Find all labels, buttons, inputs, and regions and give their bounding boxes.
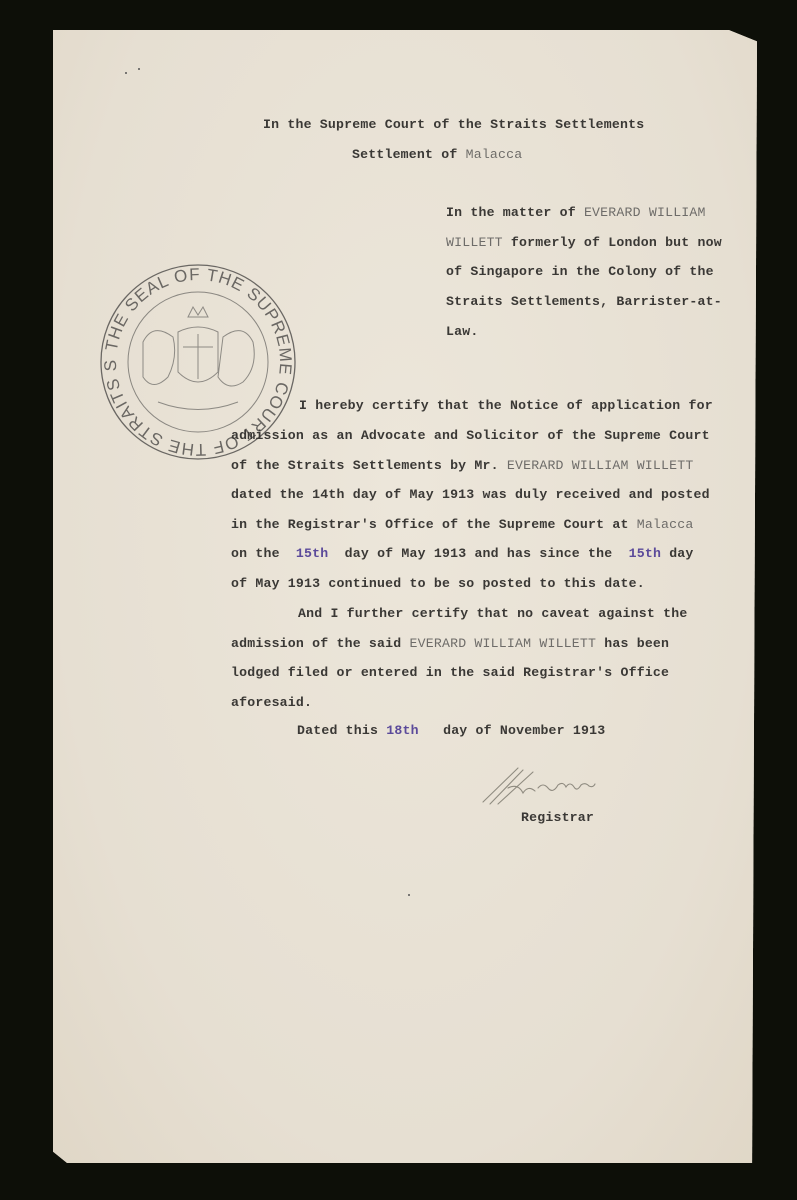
certify-line-1: I hereby certify that the Notice of appl… <box>299 398 713 413</box>
settlement-label: Settlement of <box>352 147 466 162</box>
body-text: has been <box>596 636 669 651</box>
speck <box>408 894 410 896</box>
matter-text: formerly of London but now <box>503 235 722 250</box>
body-text: in the Registrar's Office of the Supreme… <box>231 517 637 532</box>
body-text: admission of the said <box>231 636 410 651</box>
matter-line-1: In the matter of EVERARD WILLIAM <box>446 205 706 220</box>
further-certify-line-4: aforesaid. <box>231 695 312 710</box>
speck <box>125 72 127 74</box>
matter-text: In the matter of <box>446 205 584 220</box>
certify-line-6: on the 15th day of May 1913 and has sinc… <box>231 546 694 561</box>
certify-line-3: of the Straits Settlements by Mr. EVERAR… <box>231 458 694 473</box>
certify-line-5: in the Registrar's Office of the Supreme… <box>231 517 694 532</box>
location: Malacca <box>637 517 694 532</box>
settlement-heading: Settlement of Malacca <box>352 147 522 162</box>
stamped-date: 15th <box>296 546 328 561</box>
applicant-full-name: EVERARD WILLIAM WILLETT <box>507 458 694 473</box>
applicant-full-name: EVERARD WILLIAM WILLETT <box>410 636 597 651</box>
matter-line-2: WILLETT formerly of London but now <box>446 235 722 250</box>
body-text: day <box>661 546 693 561</box>
stamped-date: 15th <box>629 546 661 561</box>
further-certify-line-1: And I further certify that no caveat aga… <box>298 606 687 621</box>
stamped-date: 18th <box>386 723 418 738</box>
body-text: day of November 1913 <box>419 723 606 738</box>
body-text: of the Straits Settlements by Mr. <box>231 458 507 473</box>
certify-line-4: dated the 14th day of May 1913 was duly … <box>231 487 710 502</box>
further-certify-line-3: lodged filed or entered in the said Regi… <box>231 665 669 680</box>
certify-line-7: of May 1913 continued to be so posted to… <box>231 576 645 591</box>
further-certify-line-2: admission of the said EVERARD WILLIAM WI… <box>231 636 669 651</box>
dated-line: Dated this 18th day of November 1913 <box>297 723 605 738</box>
applicant-name: EVERARD WILLIAM <box>584 205 706 220</box>
court-heading: In the Supreme Court of the Straits Sett… <box>263 117 644 132</box>
matter-line-4: Straits Settlements, Barrister-at- <box>446 294 722 309</box>
signature-icon <box>478 760 628 810</box>
body-text: on the <box>231 546 296 561</box>
registrar-title: Registrar <box>521 810 594 825</box>
applicant-surname: WILLETT <box>446 235 503 250</box>
body-text: day of May 1913 and has since the <box>328 546 628 561</box>
certify-line-2: admission as an Advocate and Solicitor o… <box>231 428 710 443</box>
settlement-place: Malacca <box>466 147 523 162</box>
matter-line-3: of Singapore in the Colony of the <box>446 264 714 279</box>
matter-line-5: Law. <box>446 324 478 339</box>
body-text: Dated this <box>297 723 386 738</box>
speck <box>138 68 140 70</box>
document-page <box>53 30 757 1163</box>
